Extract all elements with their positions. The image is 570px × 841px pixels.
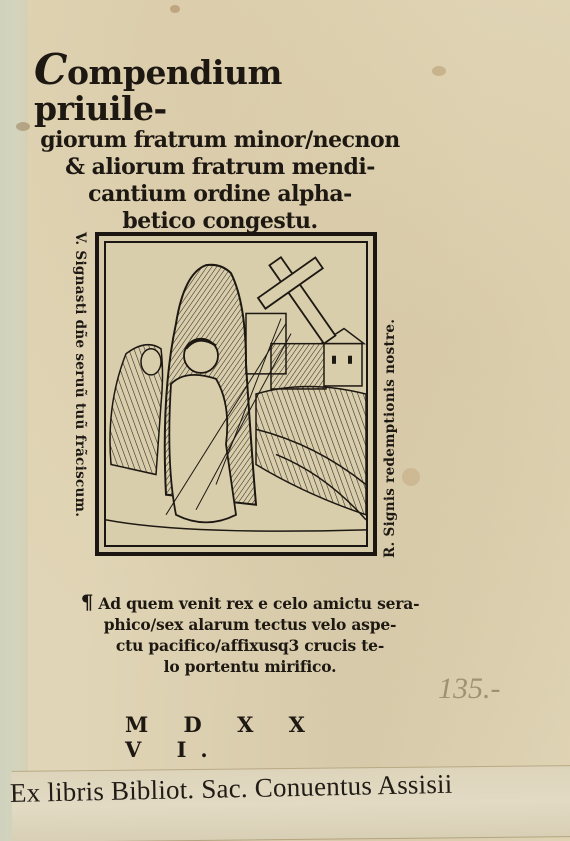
foxing-spot (402, 468, 420, 486)
title-line-5: betico congestu. (30, 208, 410, 235)
woodcut-left-caption: V. Signasti dñe seruũ tuũ frãciscum. (66, 232, 88, 562)
pilcrow-icon: ¶ (81, 590, 94, 614)
title-initial: C (34, 45, 67, 94)
title-block: Compendium priuile- giorum fratrum minor… (30, 52, 410, 235)
woodcut-right-caption: R. Signis redemptionis nostre. (382, 258, 404, 558)
foxing-spot (432, 66, 446, 76)
verse-line-3: ctu pacifico/affixusq3 crucis te- (60, 635, 440, 656)
verse-line-4: lo portentu mirifico. (60, 656, 440, 677)
stigmata-woodcut-image (106, 243, 366, 545)
publication-year: M D X X V I. (125, 712, 355, 762)
pencil-shelfmark: 135.- (438, 672, 501, 706)
woodcut-illustration (95, 232, 377, 556)
verse-line-1-text: Ad quem venit rex e celo amictu sera- (98, 594, 419, 613)
verse-block: ¶ Ad quem venit rex e celo amictu sera- … (60, 592, 440, 677)
verse-line-1: ¶ Ad quem venit rex e celo amictu sera- (60, 592, 440, 614)
title-line-3: & aliorum fratrum mendi- (30, 154, 410, 181)
foxing-spot (170, 5, 180, 13)
title-line-1: Compendium priuile- (30, 52, 410, 127)
title-line-2: giorum fratrum minor/necnon (30, 127, 410, 154)
verse-line-2: phico/sex alarum tectus velo aspe- (60, 614, 440, 635)
title-line-4: cantium ordine alpha- (30, 181, 410, 208)
ink-stain (16, 122, 30, 131)
title-line-1-text: ompendium priuile- (34, 53, 282, 128)
